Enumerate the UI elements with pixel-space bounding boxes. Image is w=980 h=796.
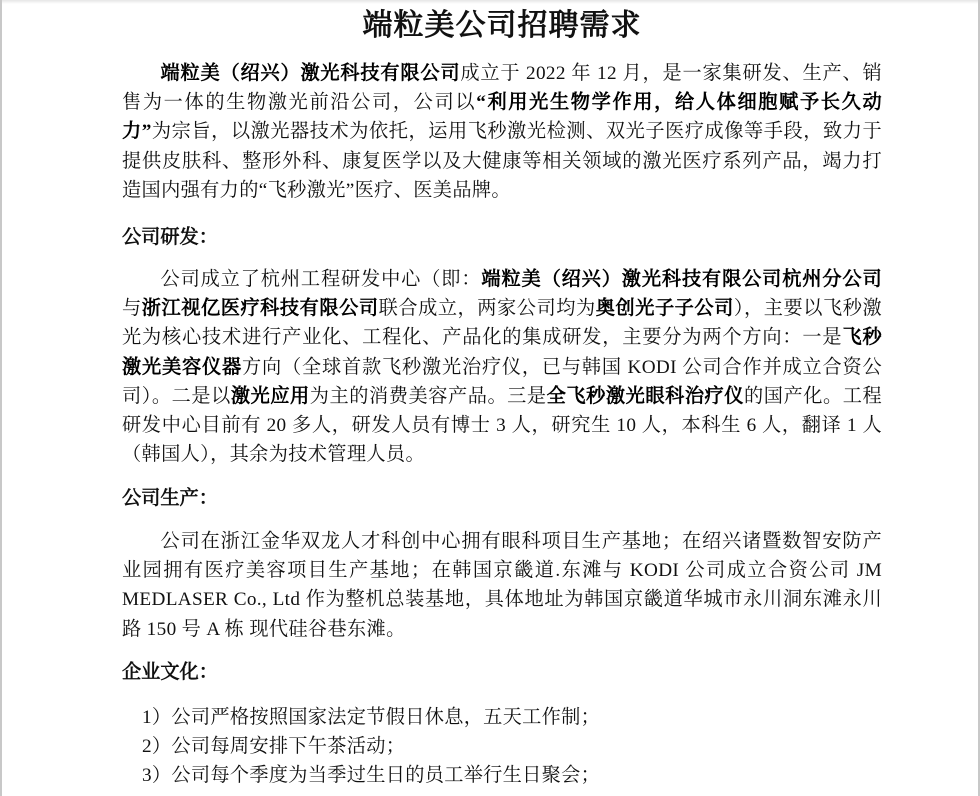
rnd-parent-name: 奥创光子子公司 xyxy=(596,298,734,319)
rnd-direction-2: 激光应用 xyxy=(231,386,310,407)
rnd-text: 与 xyxy=(122,298,142,319)
culture-item: 3）公司每个季度为当季过生日的员工举行生日聚会； xyxy=(142,761,600,790)
document-title: 端粒美公司招聘需求 xyxy=(122,6,882,46)
culture-list: 1）公司严格按照国家法定节假日休息，五天工作制； 2）公司每周安排下午茶活动； … xyxy=(142,703,600,791)
section-heading-production: 公司生产： xyxy=(122,484,218,513)
rnd-text: 为主的消费美容产品。三是 xyxy=(310,386,547,407)
culture-item: 2）公司每周安排下午茶活动； xyxy=(142,732,600,761)
top-shadow xyxy=(2,0,978,4)
culture-item: 1）公司严格按照国家法定节假日休息，五天工作制； xyxy=(142,703,600,732)
production-paragraph: 公司在浙江金华双龙人才科创中心拥有眼科项目生产基地；在绍兴诸暨数智安防产业园拥有… xyxy=(122,527,882,644)
rnd-text: 公司成立了杭州工程研发中心（即： xyxy=(160,269,481,290)
company-name: 端粒美（绍兴）激光科技有限公司 xyxy=(160,63,460,84)
intro-paragraph: 端粒美（绍兴）激光科技有限公司成立于 2022 年 12 月，是一家集研发、生产… xyxy=(122,59,882,205)
rnd-paragraph: 公司成立了杭州工程研发中心（即：端粒美（绍兴）激光科技有限公司杭州分公司与浙江视… xyxy=(122,265,882,469)
rnd-branch-name: 端粒美（绍兴）激光科技有限公司杭州分公司 xyxy=(481,269,882,290)
document-page: 端粒美公司招聘需求 端粒美（绍兴）激光科技有限公司成立于 2022 年 12 月… xyxy=(0,0,980,796)
section-heading-culture: 企业文化： xyxy=(122,658,218,687)
rnd-direction-3: 全飞秒激光眼科治疗仪 xyxy=(547,386,744,407)
rnd-text: 联合成立，两家公司均为 xyxy=(379,298,596,319)
production-text: 公司在浙江金华双龙人才科创中心拥有眼科项目生产基地；在绍兴诸暨数智安防产业园拥有… xyxy=(122,531,882,640)
intro-text-cont: 为宗旨，以激光器技术为依托，运用飞秒激光检测、双光子医疗成像等手段，致力于提供皮… xyxy=(122,121,882,200)
section-heading-rnd: 公司研发： xyxy=(122,223,218,252)
rnd-partner-name: 浙江视亿医疗科技有限公司 xyxy=(142,298,379,319)
